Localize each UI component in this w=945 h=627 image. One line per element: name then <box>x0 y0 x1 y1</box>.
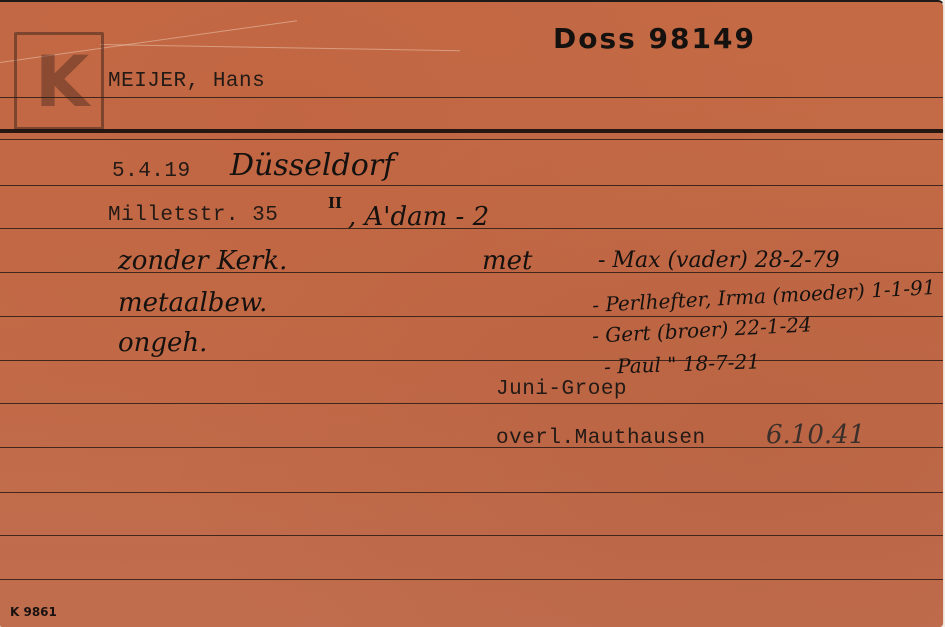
paper-crease <box>100 44 460 51</box>
with-label: met <box>482 246 533 276</box>
index-card: K Doss 98149 MEIJER, Hans 5.4.19 Düsseld… <box>0 0 944 627</box>
birth-date: 5.4.19 <box>112 160 191 183</box>
relative-father: - Max (vader) 28-2-79 <box>598 248 840 273</box>
address-floor: II <box>328 194 342 212</box>
address-city: , A'dam - 2 <box>348 202 489 232</box>
person-name: MEIJER, Hans <box>108 70 265 93</box>
marital-status: ongeh. <box>118 328 207 358</box>
relative-brother-paul: - Paul " 18-7-21 <box>604 349 761 378</box>
card-reference: K 9861 <box>10 605 57 619</box>
religion: zonder Kerk. <box>118 246 287 276</box>
address-street: Milletstr. 35 <box>108 204 278 227</box>
k-stamp: K <box>14 32 104 130</box>
dossier-number: Doss 98149 <box>553 22 756 55</box>
occupation: metaalbew. <box>118 288 267 318</box>
death-date: 6.10.41 <box>766 420 865 450</box>
birth-place: Düsseldorf <box>230 148 394 183</box>
group-name: Juni-Groep <box>496 378 627 401</box>
death-place: overl.Mauthausen <box>496 427 706 450</box>
relative-brother-gert: - Gert (broer) 22-1-24 <box>592 312 813 347</box>
relative-mother: - Perlhefter, Irma (moeder) 1-1-91 <box>592 275 936 317</box>
